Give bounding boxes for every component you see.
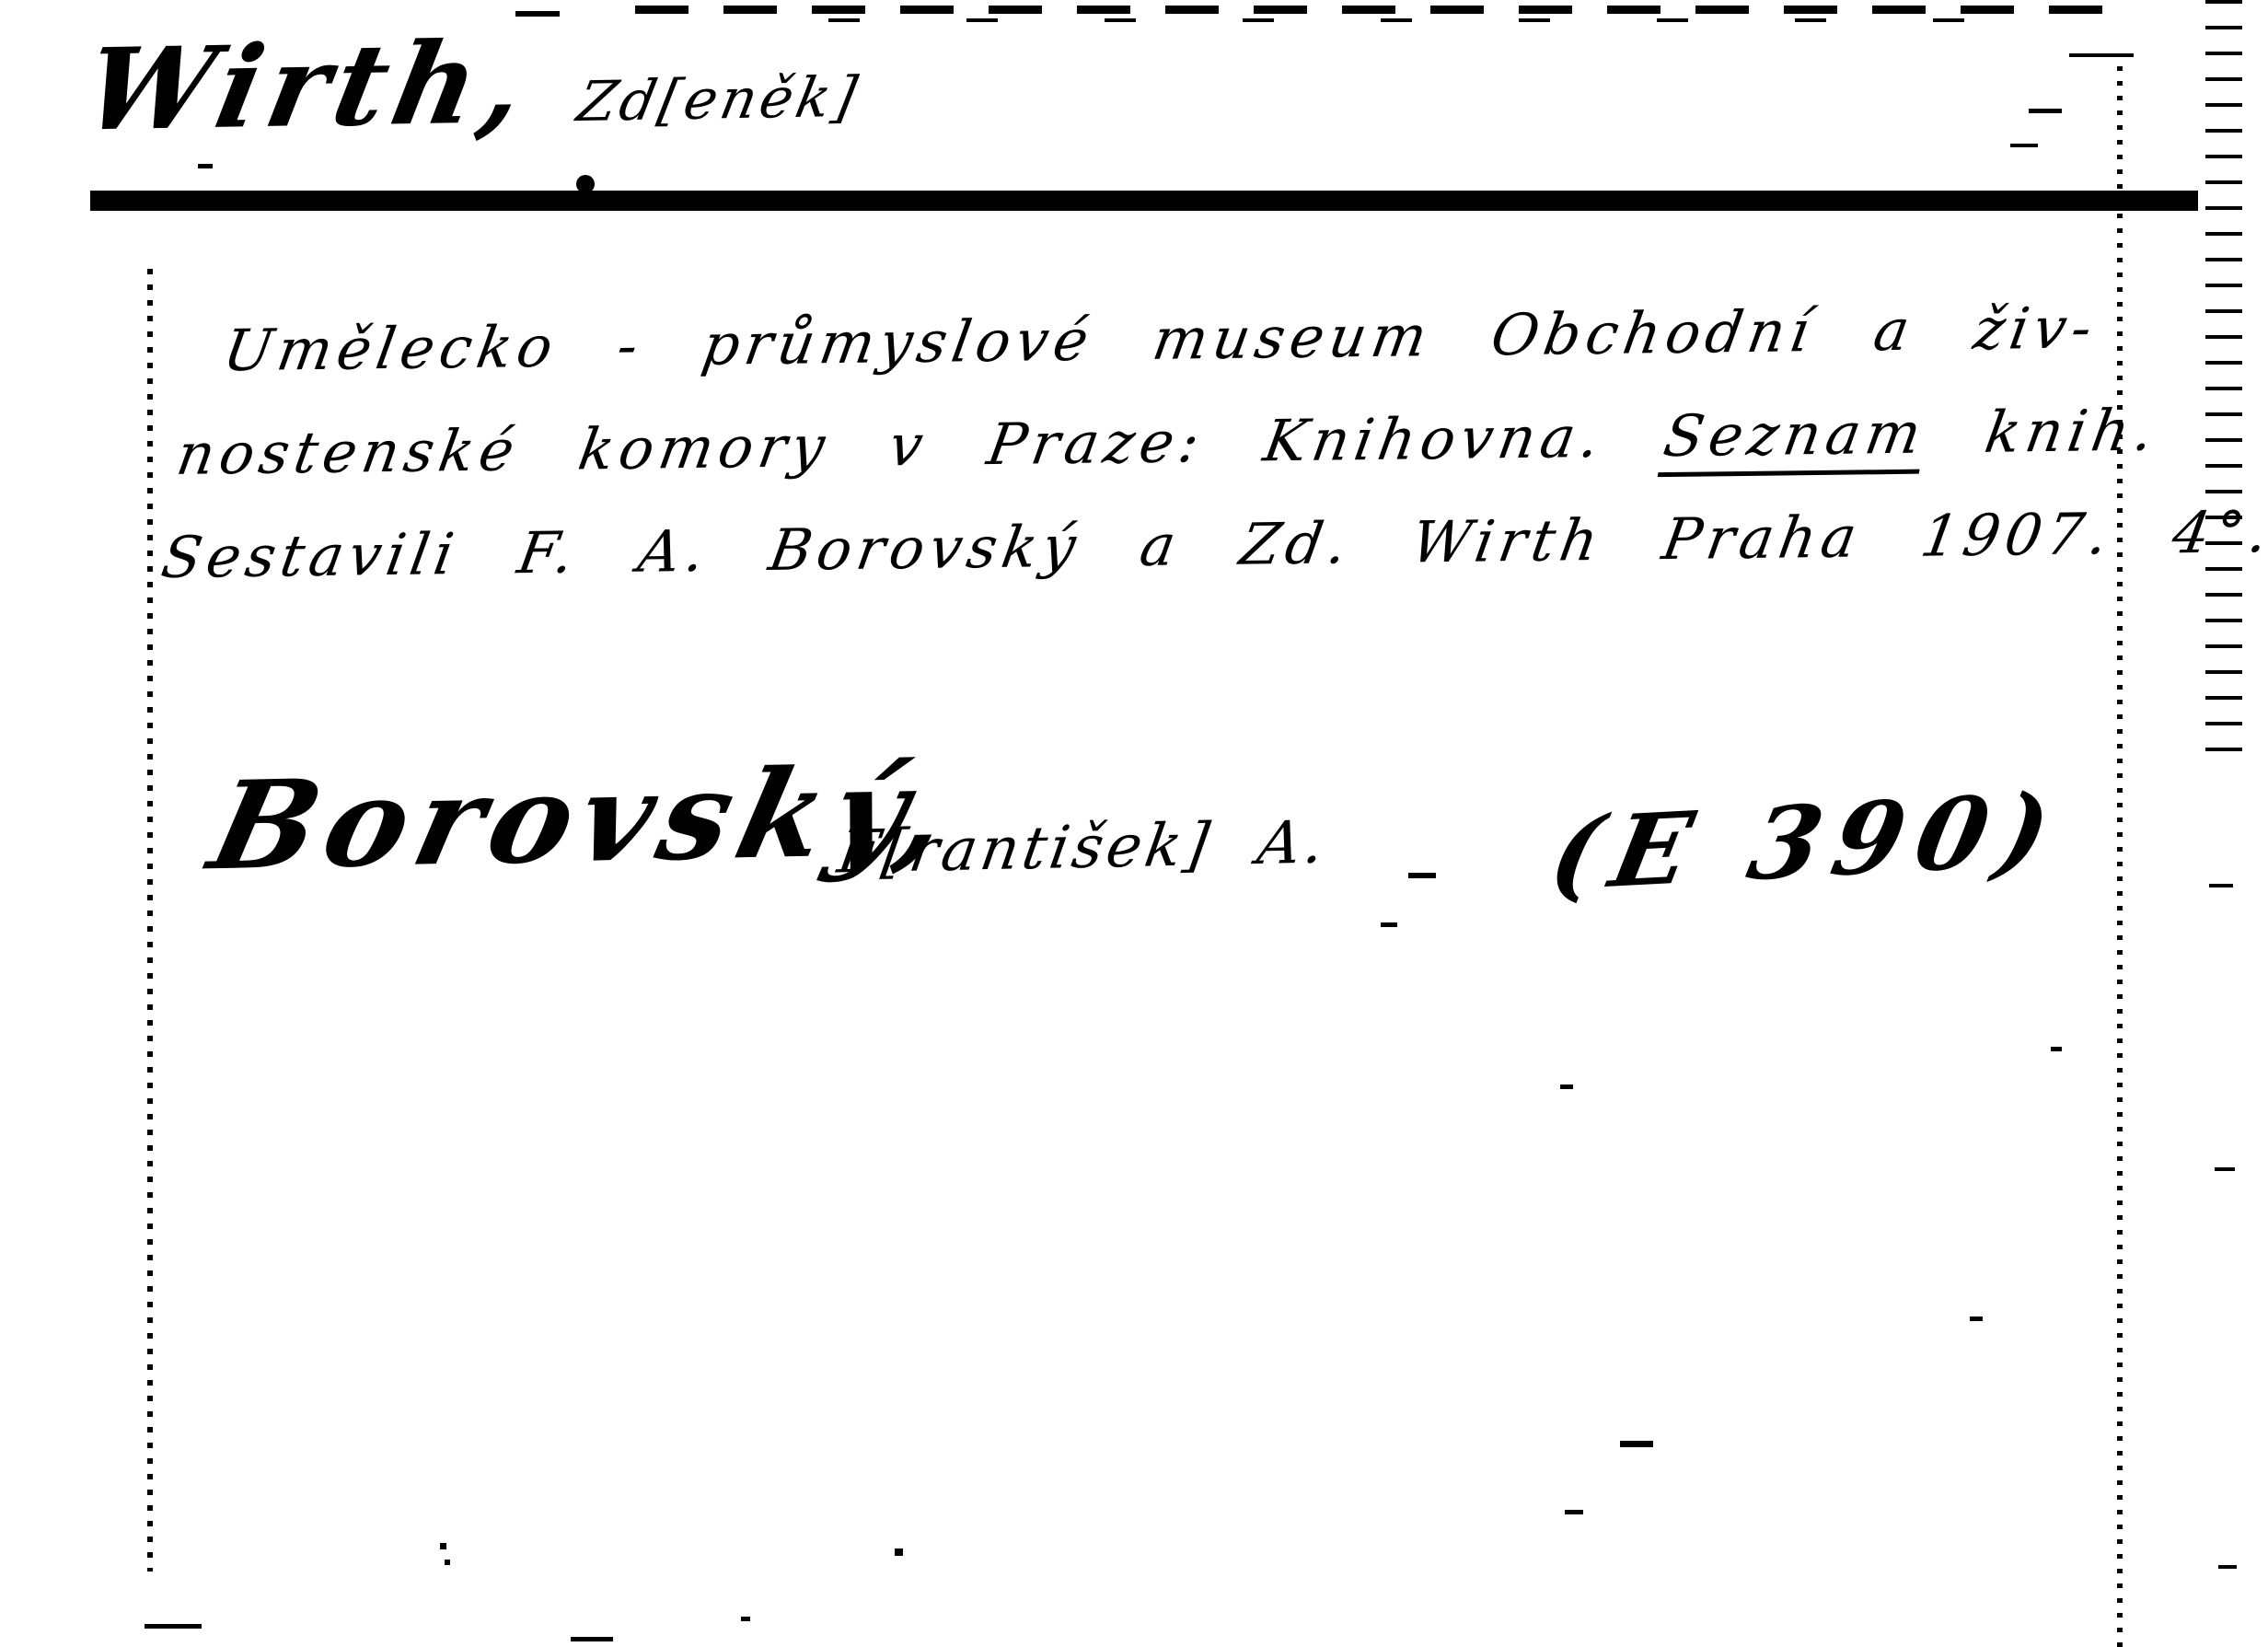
scan-noise-dash xyxy=(1565,1510,1583,1514)
scan-noise-dot xyxy=(440,1543,446,1549)
scan-noise-dash xyxy=(1620,1441,1653,1447)
note-line-2-underlined-word: Seznam xyxy=(1658,400,1931,478)
scan-noise-dash xyxy=(2218,1565,2237,1569)
heading-rule xyxy=(90,191,2198,211)
heading-surname: Wirth, xyxy=(75,16,543,157)
scan-noise-dash xyxy=(2029,109,2062,113)
scan-noise-dash xyxy=(741,1617,750,1621)
note-line-2-pre: nostenské komory v Praze: Knihovna. xyxy=(172,402,1670,488)
heading-forename: Zd[eněk] xyxy=(573,65,866,135)
scan-noise-dot xyxy=(895,1548,903,1556)
entry-author-forename: F[rantišek] A. xyxy=(833,808,1332,887)
entry-shelfmark: (E 390) xyxy=(1541,771,2072,913)
scan-noise-dot xyxy=(445,1560,450,1565)
scan-noise-dash xyxy=(2215,1167,2235,1171)
scan-noise-dash xyxy=(2010,144,2038,147)
scan-noise-dash xyxy=(1560,1084,1573,1089)
scan-noise-dash xyxy=(145,1624,202,1629)
scan-noise-top-edge xyxy=(635,6,2126,14)
ink-blot xyxy=(576,175,595,193)
scan-noise-dash xyxy=(1408,873,1436,878)
scan-noise-dash xyxy=(1381,922,1397,927)
note-line-2-post: knih. xyxy=(1920,396,2164,466)
scan-noise-dash xyxy=(515,11,560,17)
left-margin-dotted-line xyxy=(147,269,153,1572)
bibliographic-note: Umělecko - průmyslové museum Obchodní a … xyxy=(159,274,2268,609)
right-margin-dotted-line xyxy=(2117,66,2123,1647)
scan-noise-dash xyxy=(571,1637,613,1641)
scan-noise-top-edge-2 xyxy=(828,18,2025,22)
scan-noise-dash xyxy=(2209,884,2233,887)
scan-noise-dash xyxy=(2051,1047,2062,1051)
scan-noise-right-edge xyxy=(2205,0,2242,764)
scan-noise-dash xyxy=(198,164,213,168)
scan-noise-dash xyxy=(1970,1316,1983,1321)
card-heading: Wirth, Zd[eněk] xyxy=(87,10,860,157)
catalog-card: Wirth, Zd[eněk] Umělecko - průmyslové mu… xyxy=(0,0,2268,1647)
scan-noise-dash xyxy=(2069,53,2134,57)
